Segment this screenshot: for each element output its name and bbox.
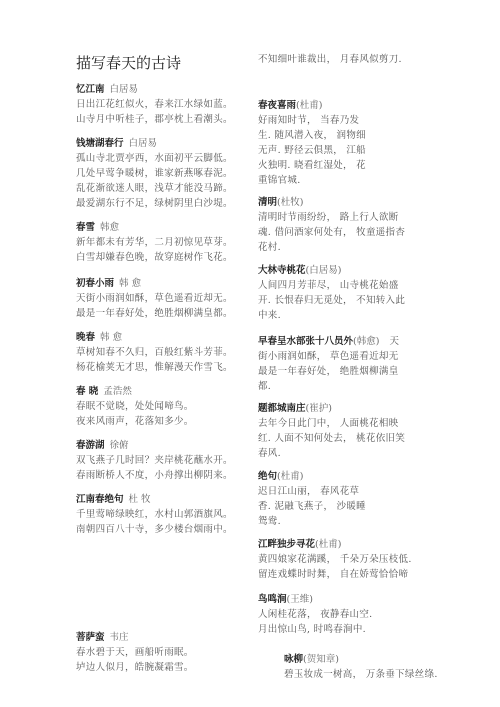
poem-line: 杨花榆荚无才思，惟解漫天作雪飞。 bbox=[76, 360, 246, 375]
poem-jue-ju: 绝句(杜甫) 迟日江山丽， 春风花草 香. 泥融飞燕子， 沙暖睡 鸳鸯. bbox=[258, 469, 433, 529]
poem-author: (崔护) bbox=[306, 403, 332, 414]
poem-author: 韦庄 bbox=[110, 632, 129, 643]
poem-ti-du-cheng: 题都城南庄(崔护) 去年今日此门中， 人面桃花相映 红. 人面不知何处去， 桃花… bbox=[258, 401, 433, 461]
poem-line: 黄四娘家花满蹊， 千朵万朵压枝低. bbox=[258, 552, 433, 567]
poem-title: 绝句 bbox=[258, 471, 277, 482]
poem-niao-ming-jian: 鸟鸣涧(王维) 人闲桂花落， 夜静春山空. 月出惊山鸟, 时鸣春涧中. bbox=[258, 592, 433, 637]
poem-title: 初春小雨 bbox=[76, 278, 114, 289]
poem-title: 大林寺桃花 bbox=[258, 265, 306, 276]
poem-chun-xiao: 春 晓孟浩然 春眠不觉晓，处处闻啼鸟。 夜来风雨声，花落知多少。 bbox=[76, 384, 246, 429]
poem-line: 人闲桂花落， 夜静春山空. bbox=[258, 607, 433, 622]
poem-line: 人间四月芳菲尽， 山寺桃花始盛 bbox=[258, 278, 433, 293]
poem-title: 清明 bbox=[258, 197, 277, 208]
poem-chu-chun-xiao-yu: 初春小雨韩 愈 天街小雨润如酥，草色遥看近却无。 最是一年春好处，绝胜烟柳满皇都… bbox=[76, 276, 246, 321]
poem-author: (杜牧) bbox=[277, 197, 303, 208]
poem-zao-chun: 早春呈水部张十八员外(韩愈)天 街小雨润如酥， 草色遥看近却无 最是一年春好处，… bbox=[258, 334, 433, 394]
poem-author: (贺知章) bbox=[303, 654, 339, 665]
poem-line: 重锦官城. bbox=[258, 173, 433, 188]
poem-line: 街小雨润如酥， 草色遥看近却无 bbox=[258, 349, 433, 364]
poem-line: 月出惊山鸟, 时鸣春涧中. bbox=[258, 622, 433, 637]
poem-yong-liu: 咏柳(贺知章) 碧玉妆成一树高， 万条垂下绿丝绦. bbox=[284, 652, 459, 682]
poem-line-start: 天 bbox=[389, 336, 399, 347]
poem-author: 杜 牧 bbox=[129, 494, 151, 505]
poem-wan-chun: 晚春韩 愈 草树知春不久归，百般红紫斗芳菲。 杨花榆荚无才思，惟解漫天作雪飞。 bbox=[76, 330, 246, 375]
poem-title: 江畔独步寻花 bbox=[258, 539, 315, 550]
poem-line: 去年今日此门中， 人面桃花相映 bbox=[258, 416, 433, 431]
poem-line: 红. 人面不知何处去， 桃花依旧笑 bbox=[258, 431, 433, 446]
poem-pu-sa-man: 菩萨蛮韦庄 春水碧于天，画船听雨眠。 垆边人似月，皓腕凝霜雪。 bbox=[76, 630, 246, 675]
poem-author: 白居易 bbox=[129, 138, 158, 149]
poem-title: 江南春绝句 bbox=[76, 494, 124, 505]
poem-author: 白居易 bbox=[110, 84, 139, 95]
poem-title: 春游湖 bbox=[76, 440, 105, 451]
poem-title: 菩萨蛮 bbox=[76, 632, 105, 643]
poem-author: (杜甫) bbox=[296, 100, 322, 111]
poem-title: 咏柳 bbox=[284, 654, 303, 665]
poem-line: 春雨断桥人不度，小舟撑出柳阴来。 bbox=[76, 468, 246, 483]
poem-line: 夜来风雨声，花落知多少。 bbox=[76, 414, 246, 429]
poem-title: 春夜喜雨 bbox=[258, 100, 296, 111]
poem-yi-jiang-nan: 忆江南白居易 日出江花红似火，春来江水绿如蓝。 山寺月中听桂子，郡亭枕上看潮头。 bbox=[76, 82, 246, 127]
poem-line: 魂. 借问酒家何处有， 牧童遥指杏 bbox=[258, 225, 433, 240]
poem-line: 花村. bbox=[258, 240, 433, 255]
poem-line: 都. bbox=[258, 379, 433, 394]
poem-line: 双飞燕子几时回？夹岸桃花蘸水开。 bbox=[76, 453, 246, 468]
poem-title: 春雪 bbox=[76, 222, 95, 233]
poem-line: 千里莺啼绿映红，水村山郭酒旗风。 bbox=[76, 507, 246, 522]
poem-line: 草树知春不久归，百般红紫斗芳菲。 bbox=[76, 345, 246, 360]
poem-qian-tang-hu: 钱塘湖春行白居易 孤山寺北贾亭西，水面初平云脚低。 几处早莺争暖树，谁家新燕啄春… bbox=[76, 136, 246, 211]
poem-author: 韩愈 bbox=[100, 222, 119, 233]
poem-title: 题都城南庄 bbox=[258, 403, 306, 414]
poem-line: 不知细叶谁裁出， 月春风似剪刀. bbox=[258, 52, 433, 67]
poem-line: 迟日江山丽， 春风花草 bbox=[258, 484, 433, 499]
poem-line: 最是一年春好处， 绝胜烟柳满皇 bbox=[258, 364, 433, 379]
poem-line: 春风. bbox=[258, 446, 433, 461]
poem-line: 几处早莺争暖树，谁家新燕啄春泥。 bbox=[76, 166, 246, 181]
poem-line: 新年都未有芳华，二月初惊见草芽。 bbox=[76, 235, 246, 250]
poem-chun-you-hu: 春游湖徐俯 双飞燕子几时回？夹岸桃花蘸水开。 春雨断桥人不度，小舟撑出柳阴来。 bbox=[76, 438, 246, 483]
poem-title: 鸟鸣涧 bbox=[258, 594, 287, 605]
poem-author: 孟浩然 bbox=[103, 386, 132, 397]
poem-line: 生. 随风潜入夜， 润物细 bbox=[258, 128, 433, 143]
poem-line: 孤山寺北贾亭西，水面初平云脚低。 bbox=[76, 151, 246, 166]
poem-line: 乱花渐欲迷人眼，浅草才能没马蹄。 bbox=[76, 181, 246, 196]
poem-line: 留连戏蝶时时舞， 自在娇莺恰恰啼 bbox=[258, 567, 433, 582]
poem-author: 韩 愈 bbox=[100, 332, 122, 343]
poem-title: 春 晓 bbox=[76, 386, 98, 397]
poem-line: 南朝四百八十寺，多少楼台烟雨中。 bbox=[76, 522, 246, 537]
poem-da-lin-si: 大林寺桃花(白居易) 人间四月芳菲尽， 山寺桃花始盛 开. 长恨春归无觅处， 不… bbox=[258, 263, 433, 323]
poem-author: 徐俯 bbox=[110, 440, 129, 451]
poem-line: 白雪却嫌春色晚，故穿庭树作飞花。 bbox=[76, 250, 246, 265]
poem-line: 中来. bbox=[258, 308, 433, 323]
poem-line: 垆边人似月，皓腕凝霜雪。 bbox=[76, 660, 246, 675]
poem-line: 天街小雨润如酥，草色遥看近却无。 bbox=[76, 291, 246, 306]
poem-line: 火独明. 晓看红湿处， 花 bbox=[258, 158, 433, 173]
poem-line: 清明时节雨纷纷， 路上行人欲断 bbox=[258, 210, 433, 225]
poem-line: 最是一年春好处，绝胜烟柳满皇都。 bbox=[76, 306, 246, 321]
poem-title: 钱塘湖春行 bbox=[76, 138, 124, 149]
poem-continuation: 不知细叶谁裁出， 月春风似剪刀. bbox=[258, 52, 433, 67]
poem-author: 韩 愈 bbox=[119, 278, 141, 289]
poem-line: 春眠不觉晓，处处闻啼鸟。 bbox=[76, 399, 246, 414]
poem-author: (杜甫) bbox=[277, 471, 303, 482]
poem-line: 山寺月中听桂子，郡亭枕上看潮头。 bbox=[76, 112, 246, 127]
poem-title: 早春呈水部张十八员外 bbox=[258, 336, 353, 347]
poem-jiang-nan-chun: 江南春绝句杜 牧 千里莺啼绿映红，水村山郭酒旗风。 南朝四百八十寺，多少楼台烟雨… bbox=[76, 492, 246, 537]
poem-jiang-pan: 江畔独步寻花(杜甫) 黄四娘家花满蹊， 千朵万朵压枝低. 留连戏蝶时时舞， 自在… bbox=[258, 537, 433, 582]
poem-title: 晚春 bbox=[76, 332, 95, 343]
poem-line: 最爱湖东行不足，绿树阴里白沙堤。 bbox=[76, 196, 246, 211]
poem-qing-ming: 清明(杜牧) 清明时节雨纷纷， 路上行人欲断 魂. 借问酒家何处有， 牧童遥指杏… bbox=[258, 195, 433, 255]
poem-chun-xue: 春雪韩愈 新年都未有芳华，二月初惊见草芽。 白雪却嫌春色晚，故穿庭树作飞花。 bbox=[76, 220, 246, 265]
poem-line: 鸳鸯. bbox=[258, 514, 433, 529]
poem-author: (白居易) bbox=[306, 265, 342, 276]
poem-line: 日出江花红似火，春来江水绿如蓝。 bbox=[76, 97, 246, 112]
poem-line: 春水碧于天，画船听雨眠。 bbox=[76, 645, 246, 660]
poem-title: 忆江南 bbox=[76, 84, 105, 95]
poem-author: (杜甫) bbox=[315, 539, 341, 550]
poem-author: (韩愈) bbox=[353, 336, 379, 347]
poem-line: 无声. 野径云俱黑， 江船 bbox=[258, 143, 433, 158]
poem-line: 好雨知时节， 当春乃发 bbox=[258, 113, 433, 128]
poem-chun-ye-xi-yu: 春夜喜雨(杜甫) 好雨知时节， 当春乃发 生. 随风潜入夜， 润物细 无声. 野… bbox=[258, 98, 433, 188]
poem-line: 开. 长恨春归无觅处， 不知转入此 bbox=[258, 293, 433, 308]
poem-line: 碧玉妆成一树高， 万条垂下绿丝绦. bbox=[284, 667, 459, 682]
page-title: 描写春天的古诗 bbox=[76, 52, 181, 73]
poem-author: (王维) bbox=[287, 594, 313, 605]
poem-line: 香. 泥融飞燕子， 沙暖睡 bbox=[258, 499, 433, 514]
